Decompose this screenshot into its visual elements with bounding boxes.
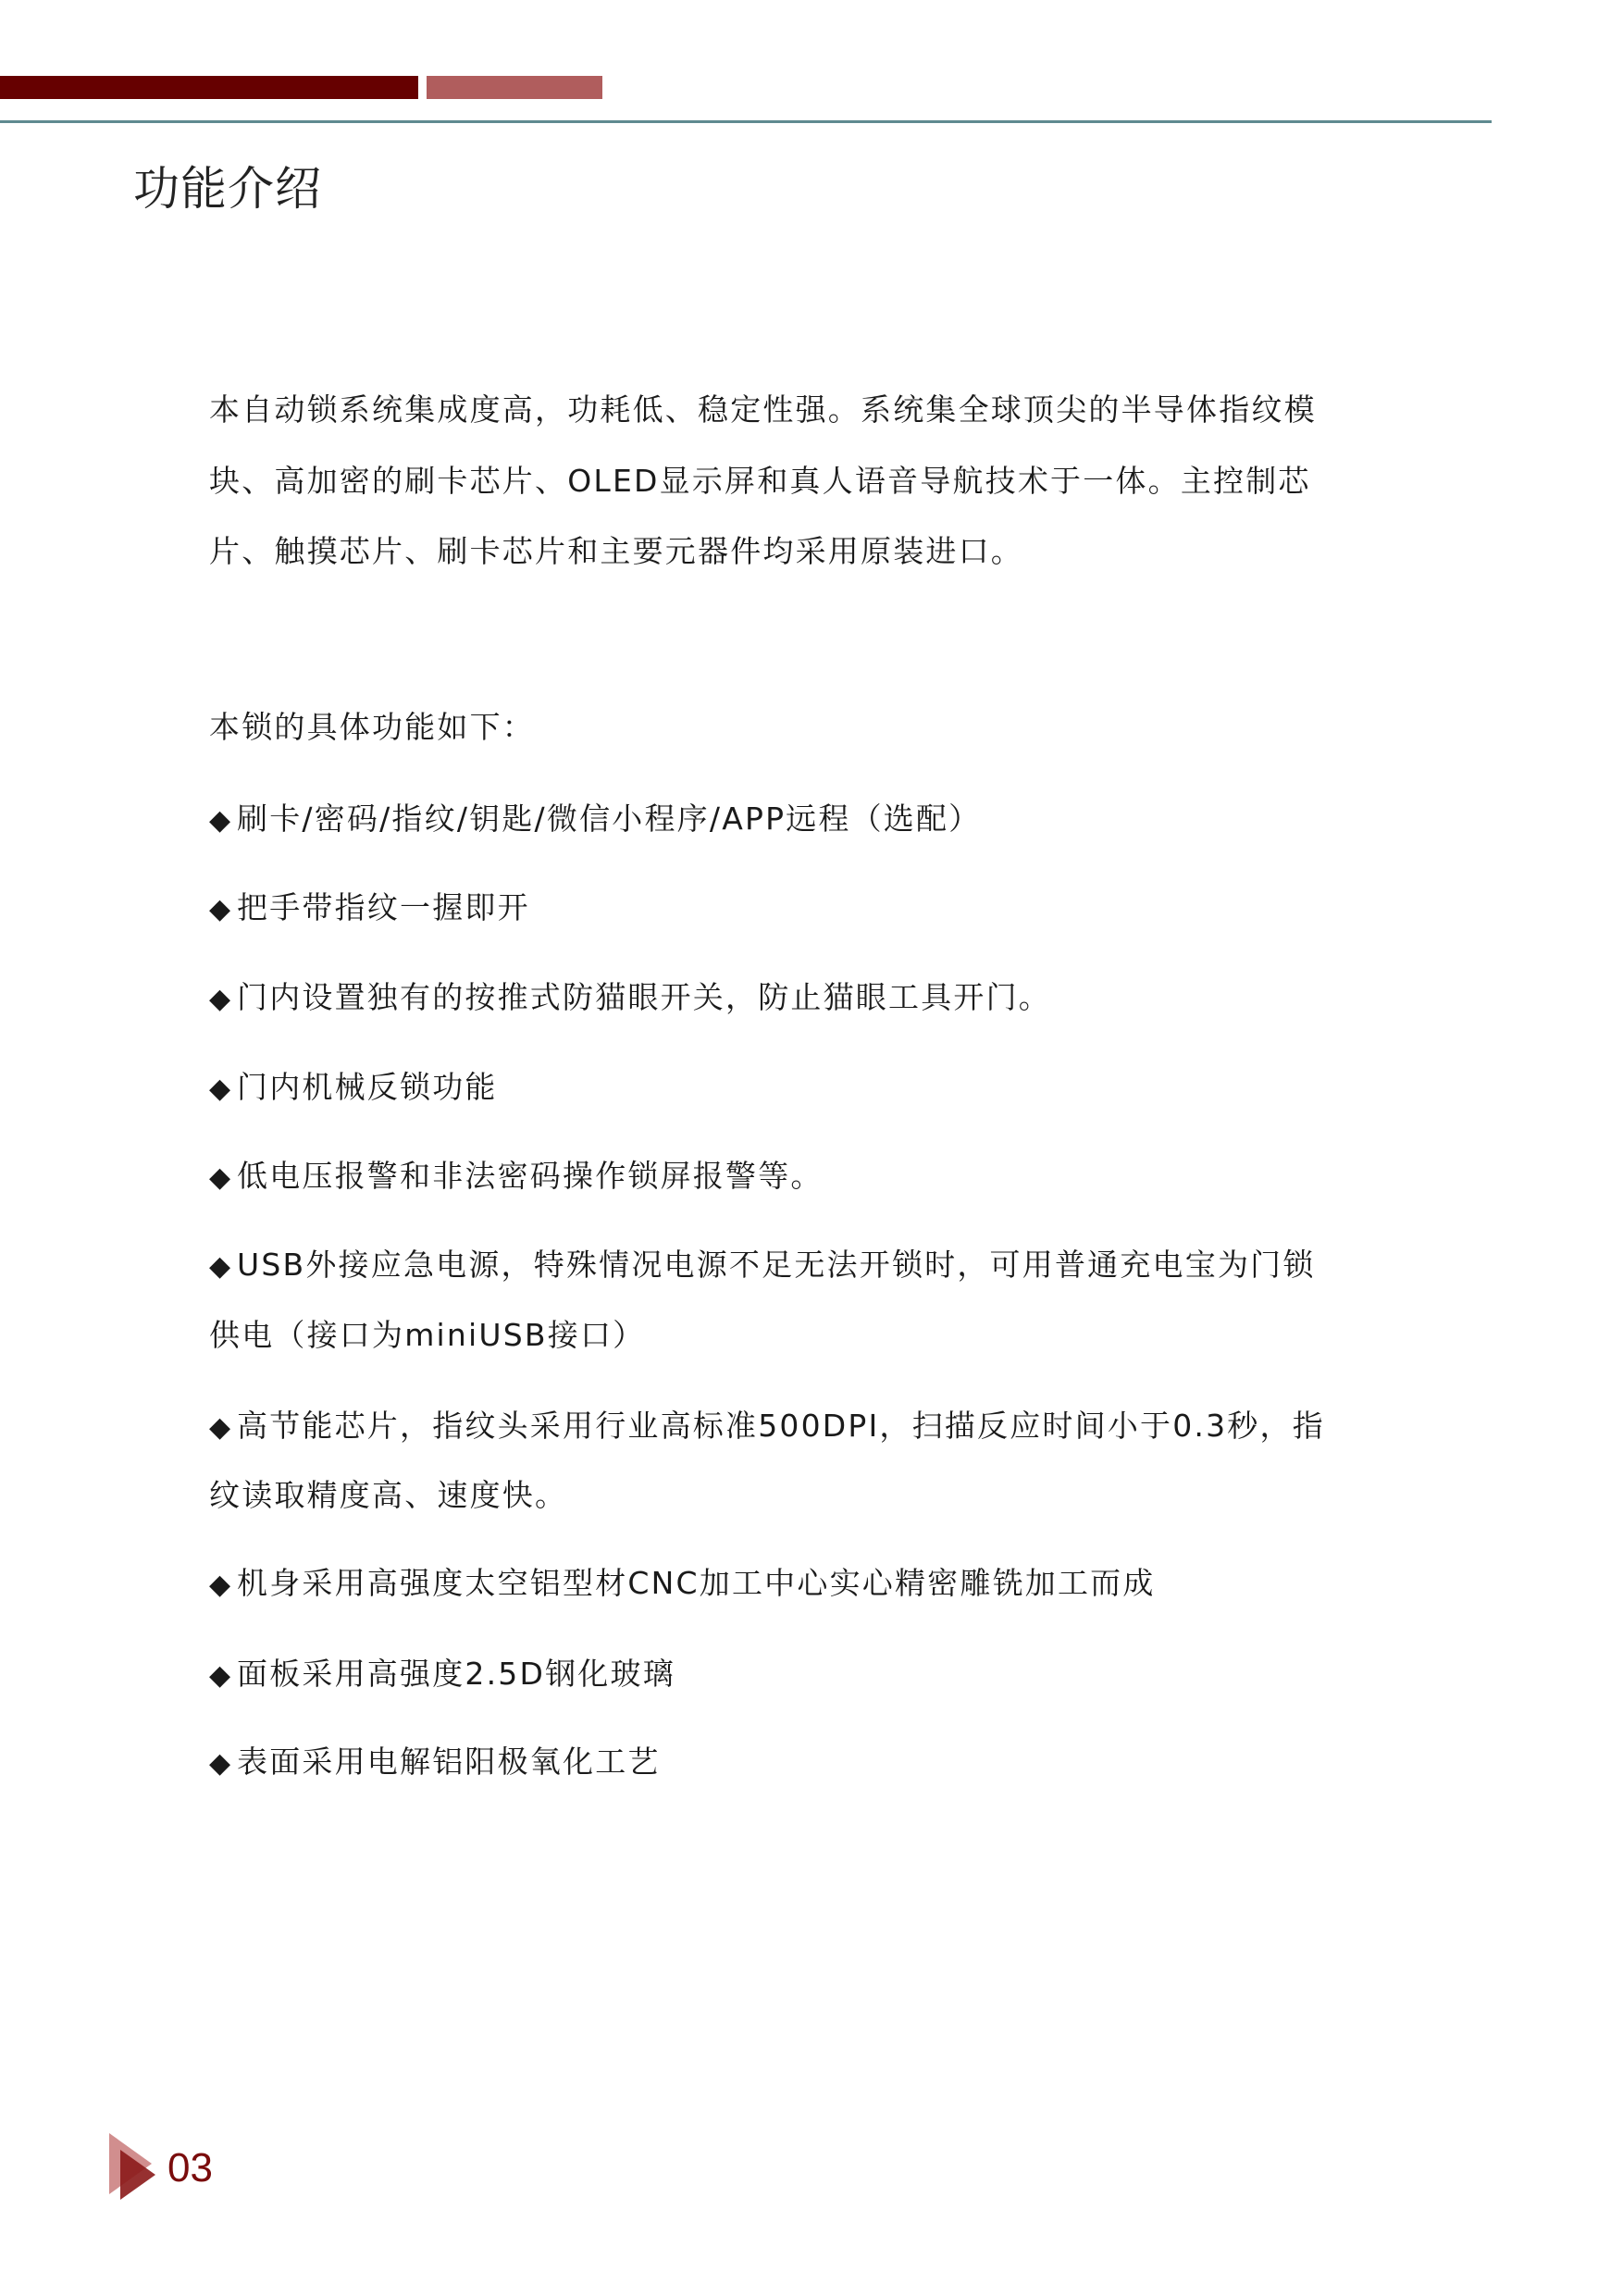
feature-item: ◆面板采用高强度2.5D钢化玻璃 (209, 1654, 675, 1696)
feature-item: ◆把手带指纹一握即开 (209, 887, 530, 930)
header-bar-dark (0, 76, 418, 99)
feature-text: 门内设置独有的按推式防猫眼开关，防止猫眼工具开门。 (237, 979, 1051, 1015)
feature-text: 表面采用电解铝阳极氧化工艺 (237, 1744, 661, 1780)
feature-text: 高节能芯片，指纹头采用行业高标准500DPI，扫描反应时间小于0.3秒，指 (237, 1408, 1325, 1444)
intro-line: 块、高加密的刷卡芯片、OLED显示屏和真人语音导航技术于一体。主控制芯 (209, 461, 1311, 502)
page-number: 03 (167, 2145, 213, 2191)
feature-text-continued: 纹读取精度高、速度快。 (209, 1475, 567, 1516)
diamond-bullet-icon: ◆ (209, 1744, 237, 1784)
intro-line: 片、触摸芯片、刷卡芯片和主要元器件均采用原装进口。 (209, 531, 1023, 572)
feature-text: 低电压报警和非法密码操作锁屏报警等。 (237, 1158, 824, 1194)
feature-item: ◆机身采用高强度太空铝型材CNC加工中心实心精密雕铣加工而成 (209, 1563, 1156, 1606)
diamond-bullet-icon: ◆ (209, 1247, 237, 1287)
diamond-bullet-icon: ◆ (209, 1656, 237, 1696)
feature-item: ◆门内机械反锁功能 (209, 1067, 498, 1110)
feature-item: ◆刷卡/密码/指纹/钥匙/微信小程序/APP远程（选配） (209, 799, 981, 841)
feature-item: ◆低电压报警和非法密码操作锁屏报警等。 (209, 1156, 824, 1198)
diamond-bullet-icon: ◆ (209, 1565, 237, 1606)
diamond-bullet-icon: ◆ (209, 1069, 237, 1110)
feature-text: USB外接应急电源，特殊情况电源不足无法开锁时，可用普通充电宝为门锁 (237, 1247, 1316, 1283)
features-heading: 本锁的具体功能如下： (209, 707, 535, 748)
feature-text-continued: 供电（接口为miniUSB接口） (209, 1315, 645, 1356)
page-title: 功能介绍 (133, 159, 322, 218)
header-rule (0, 120, 1492, 123)
feature-item: ◆高节能芯片，指纹头采用行业高标准500DPI，扫描反应时间小于0.3秒，指 (209, 1406, 1325, 1448)
diamond-bullet-icon: ◆ (209, 889, 237, 930)
diamond-bullet-icon: ◆ (209, 979, 237, 1020)
diamond-bullet-icon: ◆ (209, 1408, 237, 1448)
header-bar-light (427, 76, 602, 99)
feature-item: ◆表面采用电解铝阳极氧化工艺 (209, 1742, 661, 1784)
intro-line: 本自动锁系统集成度高，功耗低、稳定性强。系统集全球顶尖的半导体指纹模 (209, 390, 1317, 430)
diamond-bullet-icon: ◆ (209, 800, 237, 841)
feature-text: 把手带指纹一握即开 (237, 889, 530, 925)
play-triangle-icon (120, 2150, 155, 2200)
feature-item: ◆USB外接应急电源，特殊情况电源不足无法开锁时，可用普通充电宝为门锁 (209, 1245, 1316, 1287)
feature-text: 面板采用高强度2.5D钢化玻璃 (237, 1656, 675, 1692)
diamond-bullet-icon: ◆ (209, 1158, 237, 1198)
feature-text: 机身采用高强度太空铝型材CNC加工中心实心精密雕铣加工而成 (237, 1565, 1156, 1601)
feature-item: ◆门内设置独有的按推式防猫眼开关，防止猫眼工具开门。 (209, 977, 1051, 1020)
feature-text: 刷卡/密码/指纹/钥匙/微信小程序/APP远程（选配） (237, 800, 981, 837)
feature-text: 门内机械反锁功能 (237, 1069, 498, 1105)
